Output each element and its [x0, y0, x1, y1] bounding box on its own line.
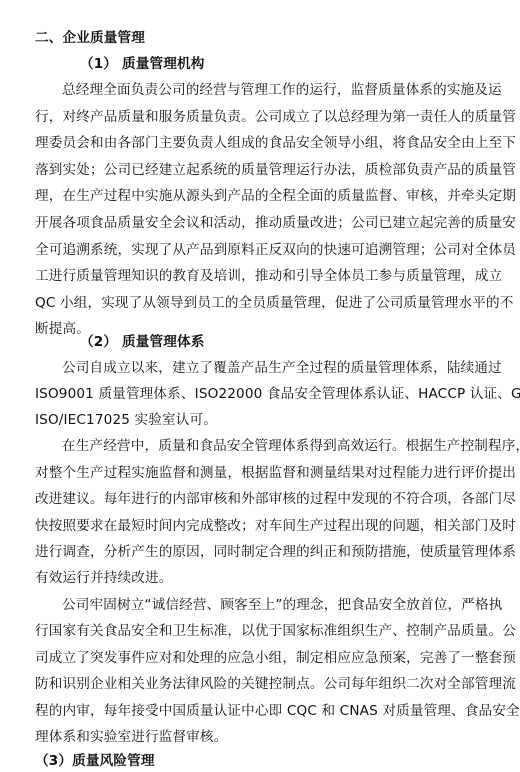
paragraph-line: 理体系和实验室进行监督审核。 — [35, 728, 227, 746]
paragraph-line: 快按照要求在最短时间内完成整改；对车间生产过程出现的问题，相关部门及时 — [35, 517, 516, 535]
paragraph-line: 防和识别企业相关业务法律风险的关键控制点。公司每年组织二次对全部管理流 — [35, 675, 516, 693]
paragraph-line: 开展各项食品质量安全会议和活动，推动质量改进；公司已建立起完善的质量安 — [35, 214, 516, 232]
subsection-heading-2: （2） 质量管理体系 — [80, 333, 204, 351]
paragraph-line: 改进建议。每年进行的内部审核和外部审核的过程中发现的不符合项，各部门尽 — [35, 490, 516, 508]
paragraph-line: 落到实处；公司已经建立起系统的质量管理运行办法，质检部负责产品的质量管 — [35, 161, 516, 179]
paragraph-line: ISO/IEC17025 实验室认可。 — [35, 411, 217, 429]
paragraph-line: 行，对终产品质量和服务质量负责。公司成立了以总经理为第一责任人的质量管 — [35, 108, 516, 126]
paragraph-line: 在生产经营中，质量和食品安全管理体系得到高效运行。根据生产控制程序， — [62, 437, 520, 455]
paragraph-line: 行国家有关食品安全和卫生标准，以优于国家标准组织生产、控制产品质量。公 — [35, 622, 516, 640]
paragraph-line: 总经理全面负责公司的经营与管理工作的运行，监督质量体系的实施及运 — [62, 81, 502, 99]
paragraph-line: 进行调查，分析产生的原因，同时制定合理的纠正和预防措施，使质量管理体系 — [35, 543, 516, 561]
paragraph-line: QC 小组，实现了从领导到员工的全员质量管理，促进了公司质量管理水平的不 — [35, 294, 514, 312]
paragraph-line: 司成立了突发事件应对和处理的应急小组，制定相应应急预案，完善了一整套预 — [35, 649, 516, 667]
paragraph-line: 对整个生产过程实施监督和测量，根据监督和测量结果对过程能力进行评价提出 — [35, 464, 516, 482]
paragraph-line: 程的内审，每年接受中国质量认证中心即 CQC 和 CNAS 对质量管理、食品安全… — [35, 702, 520, 720]
paragraph-line: 有效运行并持续改进。 — [35, 569, 172, 587]
section-title: 二、企业质量管理 — [35, 29, 145, 47]
subsection-heading-1: （1） 质量管理机构 — [80, 55, 204, 73]
paragraph-line: 全可追溯系统，实现了从产品到原料正反双向的快速可追溯管理；公司对全体员 — [35, 241, 516, 259]
paragraph-line: 工进行质量管理知识的教育及培训，推动和引导全体员工参与质量管理，成立 — [35, 267, 502, 285]
paragraph-line: 理，在生产过程中实施从源头到产品的全程全面的质量监督、审核，并牵头定期 — [35, 187, 516, 205]
paragraph-line: 公司自成立以来，建立了覆盖产品生产全过程的质量管理体系，陆续通过 — [62, 359, 502, 377]
paragraph-line: 公司牢固树立“诚信经营、顾客至上”的理念，把食品安全放首位，严格执 — [62, 596, 502, 614]
paragraph-line: 理委员会和由各部门主要负责人组成的食品安全领导小组，将食品安全由上至下 — [35, 134, 516, 152]
subsection-heading-3: （3）质量风险管理 — [35, 752, 155, 770]
paragraph-line: ISO9001 质量管理体系、ISO22000 食品安全管理体系认证、HACCP… — [35, 385, 520, 403]
document-page: 二、企业质量管理 （1） 质量管理机构 总经理全面负责公司的经营与管理工作的运行… — [0, 0, 520, 772]
